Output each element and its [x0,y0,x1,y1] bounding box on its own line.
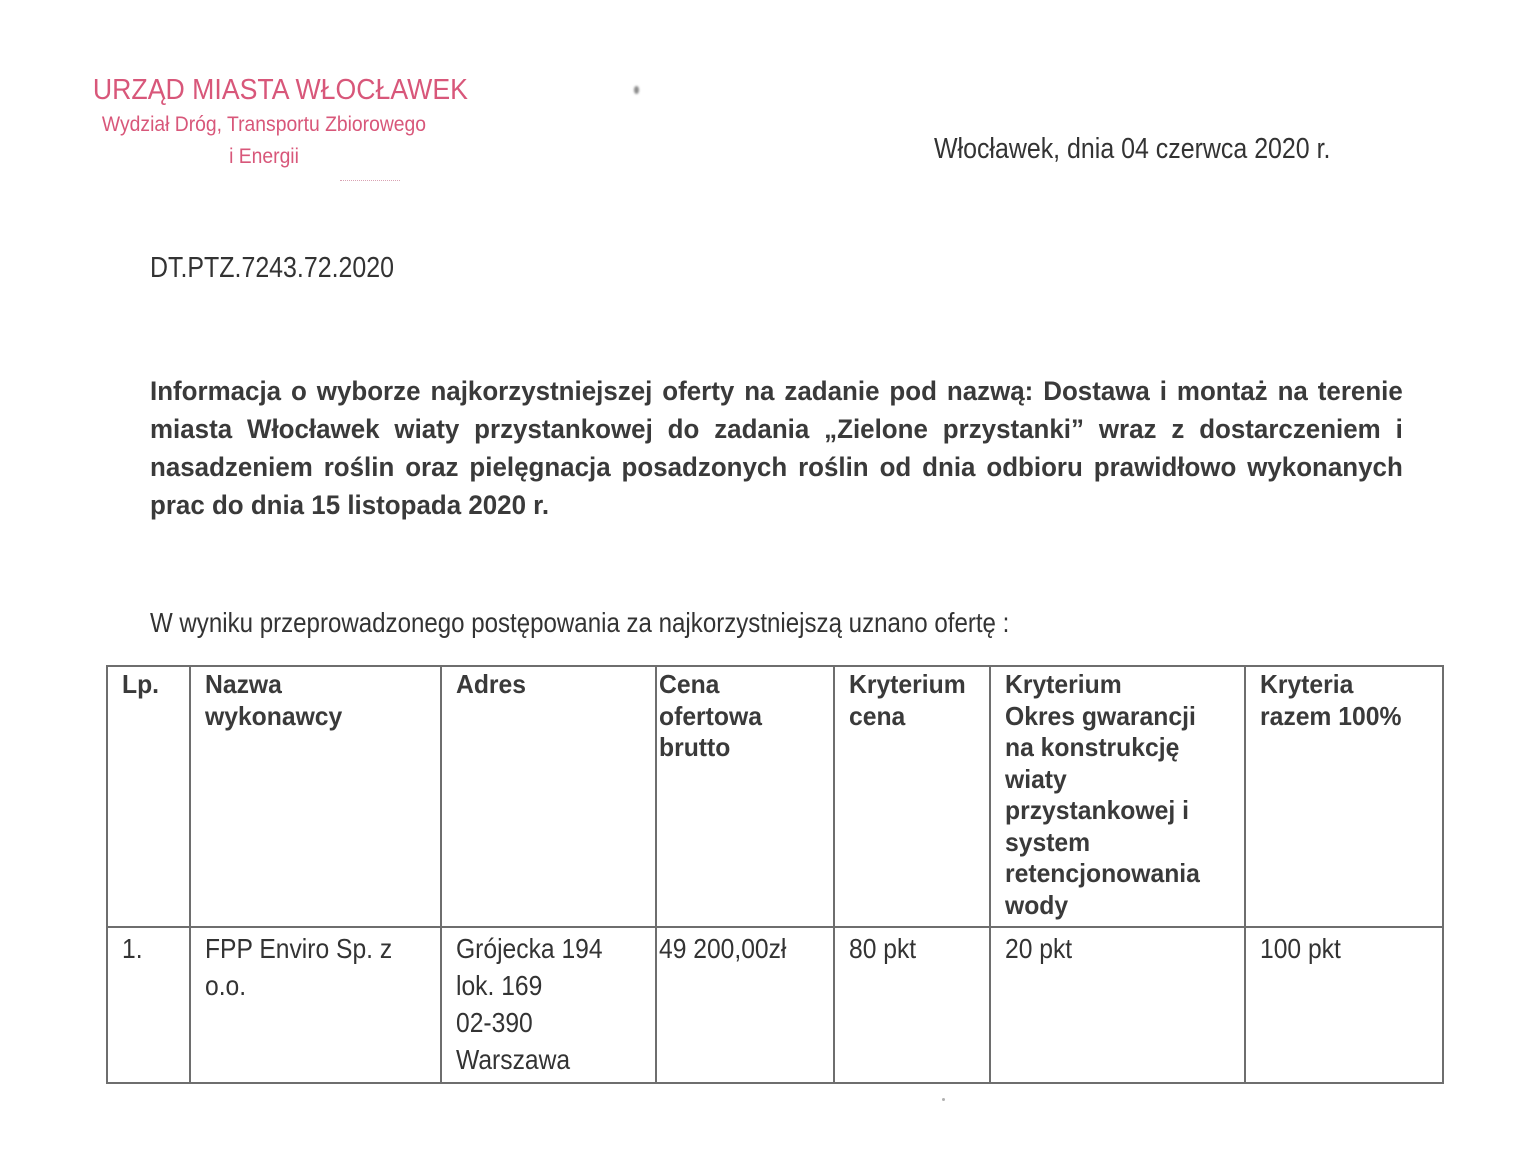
stamp-department-line2: i Energii [93,142,435,172]
cell-gross-price: 49 200,00zł [656,927,834,1083]
cell-lp-value: 1. [122,930,181,967]
column-header-total: Kryteria razem 100% [1245,666,1443,927]
column-header-lp: Lp. [107,666,190,927]
offers-table: Lp. Nazwa wykonawcy Adres Cena ofertowa … [106,665,1444,1084]
cell-lp: 1. [107,927,190,1083]
column-header-warranty-criterion-label: Kryterium Okres gwarancji na konstrukcję… [1005,669,1232,921]
column-header-price-criterion: Kryterium cena [834,666,990,927]
place-and-date: Włocławek, dnia 04 czerwca 2020 r. [934,133,1330,166]
stamp-office-name: URZĄD MIASTA WŁOCŁAWEK [93,72,435,108]
reference-number: DT.PTZ.7243.72.2020 [150,252,394,285]
information-text: Informacja o wyborze najkorzystniejszej … [150,372,1403,524]
column-header-contractor-name-label: Nazwa wykonawcy [205,669,428,732]
cell-warranty-criterion: 20 pkt [990,927,1245,1083]
stamp-residue [340,180,400,183]
column-header-gross-price-label: Cena ofertowa brutto [659,669,824,764]
cell-contractor-name: FPP Enviro Sp. z o.o. [190,927,441,1083]
column-header-price-criterion-label: Kryterium cena [849,669,982,732]
stamp-department-line1: Wydział Dróg, Transportu Zbiorowego [93,108,435,142]
table-row: 1. FPP Enviro Sp. z o.o. Grójecka 194 lo… [107,927,1443,1083]
cell-total-value: 100 pkt [1260,930,1420,967]
column-header-warranty-criterion: Kryterium Okres gwarancji na konstrukcję… [990,666,1245,927]
information-paragraph: Informacja o wyborze najkorzystniejszej … [150,372,1403,524]
column-header-address: Adres [441,666,656,927]
cell-price-criterion-value: 80 pkt [849,930,972,967]
cell-address: Grójecka 194 lok. 169 02-390 Warszawa [441,927,656,1083]
column-header-lp-label: Lp. [122,669,186,701]
column-header-address-label: Adres [456,669,645,701]
cell-gross-price-value: 49 200,00zł [659,930,812,967]
column-header-contractor-name: Nazwa wykonawcy [190,666,441,927]
scan-speck [634,86,639,94]
scan-speck-bottom [942,1098,945,1101]
cell-address-value: Grójecka 194 lok. 169 02-390 Warszawa [456,930,631,1078]
table-header-row: Lp. Nazwa wykonawcy Adres Cena ofertowa … [107,666,1443,927]
cell-price-criterion: 80 pkt [834,927,990,1083]
intro-sentence: W wyniku przeprowadzonego postępowania z… [150,607,1009,639]
office-stamp: URZĄD MIASTA WŁOCŁAWEK Wydział Dróg, Tra… [78,72,450,172]
column-header-total-label: Kryteria razem 100% [1260,669,1433,732]
cell-contractor-name-value: FPP Enviro Sp. z o.o. [205,930,412,1004]
column-header-gross-price: Cena ofertowa brutto [656,666,834,927]
cell-warranty-criterion-value: 20 pkt [1005,930,1215,967]
cell-total: 100 pkt [1245,927,1443,1083]
